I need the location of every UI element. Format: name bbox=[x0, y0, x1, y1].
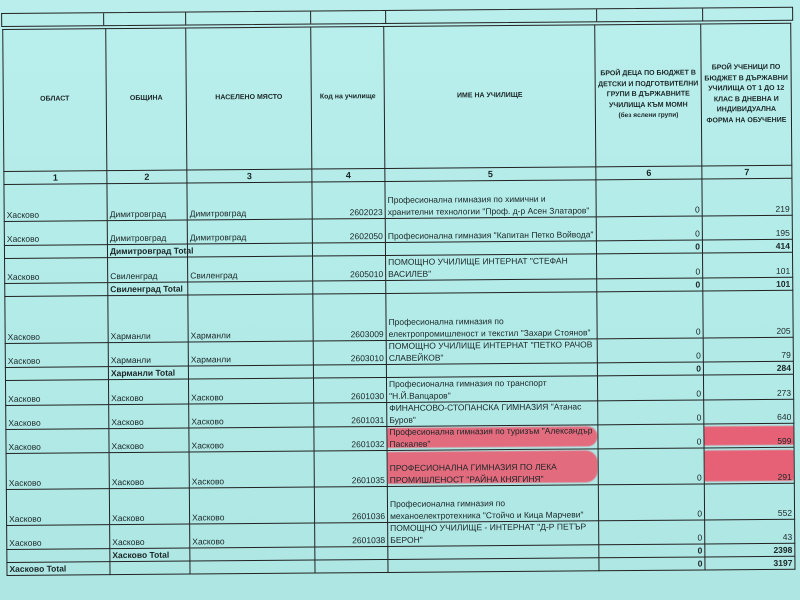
subtotal-children: 0 bbox=[597, 278, 703, 292]
cell-school-code: 2601031 bbox=[314, 402, 387, 427]
cell-region-text: Хасково bbox=[7, 233, 39, 243]
cell-students: 219 bbox=[702, 178, 792, 216]
cell-municipality: Димитровград bbox=[107, 220, 187, 245]
document-sheet: ОБЛАСТ ОБЩИНА НАСЕЛЕНО МЯСТО Код на учил… bbox=[0, 0, 800, 600]
cell-students: 205 bbox=[703, 290, 793, 338]
subtotal-children-text: 0 bbox=[695, 241, 700, 251]
subtotal-label: Хасково Total bbox=[110, 548, 190, 562]
header-settlement: НАСЕЛЕНО МЯСТО bbox=[186, 27, 312, 170]
cell-school-code-text: 2602023 bbox=[350, 207, 383, 217]
col-num-7: 7 bbox=[702, 165, 792, 179]
subtotal-students: 284 bbox=[703, 361, 793, 375]
cell-region: Хасково bbox=[4, 221, 107, 246]
cell-children-text: 0 bbox=[697, 472, 702, 482]
cell-municipality-text: Свиленград bbox=[110, 270, 157, 280]
cell-school-code: 2602023 bbox=[312, 181, 385, 219]
cell-empty bbox=[315, 546, 388, 560]
cell-school-code: 2603010 bbox=[313, 340, 386, 365]
col-num-6: 6 bbox=[596, 166, 702, 180]
cell-region-text: Хасково bbox=[8, 393, 40, 403]
cell-municipality-text: Хасково bbox=[112, 476, 144, 486]
cell-region: Хасково bbox=[5, 380, 108, 406]
cell-municipality: Димитровград bbox=[107, 183, 187, 221]
cell-settlement: Хасково bbox=[189, 451, 314, 488]
cell-municipality-text: Хасково bbox=[111, 440, 143, 450]
cell-region-text: Хасково bbox=[7, 271, 39, 281]
cell-empty bbox=[190, 547, 315, 561]
cell-school-code-text: 2602050 bbox=[350, 231, 383, 241]
subtotal-children: 0 bbox=[599, 544, 705, 558]
subtotal-students-text: 414 bbox=[776, 240, 790, 250]
table-row: ХасковоХасковоХасково2601036Професионалн… bbox=[6, 483, 794, 525]
cell-school-name-text: ПОМОЩНО УЧИЛИЩЕ ИНТЕРНАТ "СТЕФАН ВАСИЛЕВ… bbox=[388, 256, 568, 279]
cell-region: Хасково bbox=[4, 184, 107, 222]
cell-settlement-text: Хасково bbox=[192, 476, 224, 486]
cell-empty bbox=[312, 242, 385, 256]
cell-school-name: Професионална гимназия по туризъм "Алекс… bbox=[387, 425, 598, 451]
cell-settlement: Хасково bbox=[189, 427, 314, 452]
cell-municipality-text: Димитровград bbox=[110, 232, 167, 242]
cell-students-text: 101 bbox=[776, 265, 790, 275]
subtotal-label-text: Свиленград Total bbox=[110, 283, 183, 294]
cell-settlement-text: Свиленград bbox=[190, 270, 237, 280]
cell-school-code-text: 2605010 bbox=[350, 268, 383, 278]
cell-region-text: Хасково bbox=[9, 537, 41, 547]
col-num-2: 2 bbox=[107, 170, 187, 184]
cell-children-text: 0 bbox=[695, 266, 700, 276]
cell-children: 0 bbox=[597, 375, 703, 401]
cell-students-text: 43 bbox=[783, 531, 793, 541]
cell-settlement-text: Хасково bbox=[191, 416, 223, 426]
subtotal-label-text: Хасково Total bbox=[112, 549, 169, 559]
table-row: ХасковоХасковоХасково2601035 ПРОФЕСИОНАЛ… bbox=[6, 447, 794, 489]
cell-empty bbox=[188, 281, 313, 295]
cell-school-code-text: 2601035 bbox=[352, 474, 385, 484]
cell-children: 0 bbox=[596, 216, 702, 241]
subtotal-students: 101 bbox=[703, 277, 793, 291]
cell-region: Хасково bbox=[5, 296, 108, 344]
cell-school-name: ПОМОЩНО УЧИЛИЩЕ ИНТЕРНАТ "СТЕФАН ВАСИЛЕВ… bbox=[386, 254, 597, 281]
cell-municipality: Хасково bbox=[110, 524, 190, 549]
cell-settlement-text: Димитровград bbox=[190, 208, 247, 218]
cell-school-code: 2603009 bbox=[313, 293, 386, 341]
cell-school-name: Професионална гимназия "Капитан Петко Во… bbox=[385, 217, 596, 243]
cell-children: 0 bbox=[596, 179, 702, 217]
cell-settlement: Хасково bbox=[190, 523, 315, 548]
cell-students: 640 bbox=[704, 399, 794, 424]
cell-children: 0 bbox=[598, 400, 704, 425]
cell-school-code: 2601032 bbox=[314, 426, 387, 451]
cell-region: Хасково bbox=[6, 453, 109, 490]
cell-children-text: 0 bbox=[695, 204, 700, 214]
cell-students-text: 219 bbox=[775, 203, 789, 213]
subtotal-children: 0 bbox=[596, 240, 702, 254]
cell-students: 43 bbox=[705, 519, 795, 544]
header-children-subtitle: (без яслени групи) bbox=[618, 112, 678, 119]
cell-municipality: Хасково bbox=[109, 428, 189, 453]
header-school-code: Код на училище bbox=[311, 26, 385, 169]
subtotal-students: 414 bbox=[702, 239, 792, 253]
subtotal-students-text: 101 bbox=[776, 278, 790, 288]
cell-children: 0 bbox=[597, 338, 703, 363]
header-school-name: ИМЕ НА УЧИЛИЩЕ bbox=[384, 25, 596, 169]
cell-settlement-text: Димитровград bbox=[190, 232, 247, 242]
subtotal-children: 0 bbox=[597, 362, 703, 376]
cell-region: Хасково bbox=[7, 525, 110, 550]
subtotal-label-text: Харманли Total bbox=[111, 367, 175, 378]
grand-total-children-text: 0 bbox=[698, 558, 703, 568]
grand-total-children: 0 bbox=[599, 557, 705, 571]
cell-municipality: Хасково bbox=[109, 404, 189, 429]
grand-total-students-text: 3197 bbox=[773, 557, 792, 567]
subtotal-children-text: 0 bbox=[695, 279, 700, 289]
cell-school-name-text: ПРОФЕСИОНАЛНА ГИМНАЗИЯ ПО ЛЕКА ПРОМИШЛЕН… bbox=[390, 462, 557, 485]
cell-region: Хасково bbox=[5, 258, 108, 284]
cell-settlement: Димитровград bbox=[187, 182, 312, 220]
cell-region: Хасково bbox=[6, 489, 109, 526]
subtotal-students-text: 284 bbox=[777, 362, 791, 372]
cell-region-text: Хасково bbox=[9, 513, 41, 523]
subtotal-label-text: Димитровград Total bbox=[110, 245, 194, 256]
cell-school-name: Професионална гимназия по транспорт "Н.Й… bbox=[386, 376, 597, 403]
header-students-count: БРОЙ УЧЕНИЦИ ПО БЮДЖЕТ В ДЪРЖАВНИ УЧИЛИЩ… bbox=[701, 23, 792, 166]
subtotal-children-text: 0 bbox=[696, 363, 701, 373]
cell-children-text: 0 bbox=[697, 412, 702, 422]
cell-students: 552 bbox=[704, 483, 794, 520]
cell-municipality: Харманли bbox=[108, 342, 188, 367]
cell-empty bbox=[188, 365, 313, 379]
cell-students: 599 bbox=[704, 423, 794, 448]
cell-municipality: Хасково bbox=[109, 488, 189, 525]
cell-school-name-text: Професионална гимназия по механоелектрот… bbox=[390, 498, 584, 520]
subtotal-students: 2398 bbox=[705, 543, 795, 557]
cell-empty bbox=[190, 560, 315, 574]
cell-municipality: Хасково bbox=[109, 452, 189, 489]
cell-settlement: Харманли bbox=[188, 294, 313, 342]
cell-school-code-text: 2601032 bbox=[351, 438, 384, 448]
subtotal-label: Харманли Total bbox=[108, 366, 188, 380]
cell-settlement-text: Хасково bbox=[191, 392, 223, 402]
cell-students-text: 205 bbox=[776, 325, 790, 335]
cell-empty bbox=[388, 558, 599, 573]
grand-total-students: 3197 bbox=[705, 556, 795, 570]
cell-students-text: 599 bbox=[777, 435, 791, 445]
grand-total-label-text: Хасково Total bbox=[9, 563, 66, 573]
cell-settlement-text: Харманли bbox=[191, 354, 231, 364]
header-row: ОБЛАСТ ОБЩИНА НАСЕЛЕНО МЯСТО Код на учил… bbox=[3, 23, 792, 171]
cell-settlement: Хасково bbox=[189, 487, 314, 524]
cell-school-name-text: Професионална гимназия по туризъм "Алекс… bbox=[389, 425, 592, 448]
cell-children-text: 0 bbox=[696, 388, 701, 398]
cell-municipality-text: Харманли bbox=[111, 354, 151, 364]
cell-settlement-text: Хасково bbox=[192, 536, 224, 546]
cell-school-code: 2601030 bbox=[313, 377, 386, 403]
cell-empty bbox=[4, 245, 107, 259]
cell-children-text: 0 bbox=[697, 508, 702, 518]
cell-municipality-text: Димитровград bbox=[110, 208, 167, 218]
cell-children: 0 bbox=[598, 484, 704, 521]
cell-region-text: Хасково bbox=[9, 477, 41, 487]
cell-school-code-text: 2601030 bbox=[351, 390, 384, 400]
subtotal-children-text: 0 bbox=[698, 545, 703, 555]
cell-students: 273 bbox=[703, 374, 793, 400]
cell-school-code-text: 2601038 bbox=[352, 534, 385, 544]
cell-empty bbox=[110, 561, 190, 575]
cell-school-name-text: ФИНАНСОВО-СТОПАНСКА ГИМНАЗИЯ "Атанас Бур… bbox=[389, 401, 581, 424]
cell-children-text: 0 bbox=[697, 436, 702, 446]
cell-school-name: ПОМОЩНО УЧИЛИЩЕ - ИНТЕРНАТ "Д-Р ПЕТЪР БЕ… bbox=[388, 521, 599, 547]
cell-school-name: ПРОФЕСИОНАЛНА ГИМНАЗИЯ ПО ЛЕКА ПРОМИШЛЕН… bbox=[387, 449, 598, 487]
cell-region-text: Хасково bbox=[7, 209, 39, 219]
cell-municipality-text: Хасково bbox=[111, 416, 143, 426]
cell-school-name: ФИНАНСОВО-СТОПАНСКА ГИМНАЗИЯ "Атанас Бур… bbox=[387, 401, 598, 427]
cell-settlement: Харманли bbox=[188, 341, 313, 366]
cell-students-text: 552 bbox=[778, 507, 792, 517]
cell-children-text: 0 bbox=[696, 326, 701, 336]
cell-school-name-text: Професионална гимназия по химични и хран… bbox=[388, 194, 590, 217]
cell-school-name-text: Професионална гимназия по електропромишл… bbox=[389, 316, 591, 338]
grand-total-label: Хасково Total bbox=[7, 562, 110, 576]
cell-students: 101 bbox=[703, 252, 793, 278]
header-children-count: БРОЙ ДЕЦА ПО БЮДЖЕТ В ДЕТСКИ И ПОДГОТВИТ… bbox=[595, 24, 702, 167]
cell-students-text: 291 bbox=[778, 471, 792, 481]
cell-empty bbox=[313, 280, 386, 294]
cell-settlement-text: Харманли bbox=[191, 330, 231, 340]
cell-school-code-text: 2603010 bbox=[351, 352, 384, 362]
cell-municipality: Свиленград bbox=[108, 257, 188, 283]
cell-school-code-text: 2603009 bbox=[350, 328, 383, 338]
cell-municipality-text: Хасково bbox=[111, 392, 143, 402]
cell-region: Хасково bbox=[6, 405, 109, 430]
header-children-title: БРОЙ ДЕЦА ПО БЮДЖЕТ В ДЕТСКИ И ПОДГОТВИТ… bbox=[598, 70, 698, 109]
cell-students-text: 195 bbox=[776, 227, 790, 237]
cell-empty bbox=[5, 283, 108, 297]
cell-students-text: 273 bbox=[777, 387, 791, 397]
cell-empty bbox=[315, 559, 388, 573]
subtotal-students-text: 2398 bbox=[773, 544, 792, 554]
cell-municipality-text: Хасково bbox=[112, 512, 144, 522]
cell-region: Хасково bbox=[6, 429, 109, 454]
cell-settlement: Хасково bbox=[188, 378, 313, 404]
cell-school-name: Професионална гимназия по химични и хран… bbox=[385, 180, 596, 219]
cell-students-text: 640 bbox=[777, 411, 791, 421]
col-num-3: 3 bbox=[187, 169, 312, 183]
cell-municipality: Хасково bbox=[108, 379, 188, 405]
cell-settlement: Свиленград bbox=[188, 256, 313, 282]
cell-municipality: Харманли bbox=[108, 295, 188, 343]
cell-empty bbox=[187, 243, 312, 257]
cell-school-code-text: 2601036 bbox=[352, 510, 385, 520]
cell-settlement-text: Хасково bbox=[191, 440, 223, 450]
col-num-1: 1 bbox=[4, 171, 107, 185]
cell-children: 0 bbox=[599, 520, 705, 545]
subtotal-label: Димитровград Total bbox=[107, 244, 187, 258]
cell-school-name-text: ПОМОЩНО УЧИЛИЩЕ - ИНТЕРНАТ "Д-Р ПЕТЪР БЕ… bbox=[390, 521, 586, 544]
cell-school-name: ПОМОЩНО УЧИЛИЩЕ ИНТЕРНАТ "ПЕТКО РАЧОВ СЛ… bbox=[386, 339, 597, 365]
cell-school-code: 2601035 bbox=[314, 450, 387, 487]
cell-empty bbox=[7, 549, 110, 563]
cell-children: 0 bbox=[597, 253, 703, 279]
cell-children-text: 0 bbox=[697, 532, 702, 542]
cell-school-name: Професионална гимназия по електропромишл… bbox=[386, 292, 597, 341]
cell-region-text: Хасково bbox=[8, 441, 40, 451]
cell-region-text: Хасково bbox=[8, 417, 40, 427]
cell-students: 291 bbox=[704, 447, 794, 484]
cell-students-text: 79 bbox=[781, 349, 791, 359]
header-municipality: ОБЩИНА bbox=[106, 28, 187, 171]
cell-children-text: 0 bbox=[695, 228, 700, 238]
cell-municipality-text: Харманли bbox=[111, 330, 151, 340]
cell-municipality-text: Хасково bbox=[112, 536, 144, 546]
cell-students: 79 bbox=[703, 337, 793, 362]
cell-school-name-text: ПОМОЩНО УЧИЛИЩЕ ИНТЕРНАТ "ПЕТКО РАЧОВ СЛ… bbox=[389, 339, 593, 362]
cell-region-text: Хасково bbox=[8, 355, 40, 365]
cell-school-code: 2601036 bbox=[314, 486, 387, 523]
cell-school-code: 2602050 bbox=[312, 218, 385, 243]
cell-empty bbox=[5, 367, 108, 381]
cell-school-code: 2601038 bbox=[315, 522, 388, 547]
subtotal-label: Свиленград Total bbox=[108, 282, 188, 296]
cell-region: Хасково bbox=[5, 343, 108, 368]
cell-school-name: Професионална гимназия по механоелектрот… bbox=[387, 485, 598, 523]
cell-students: 195 bbox=[702, 215, 792, 240]
table-body: ХасковоДимитровградДимитровград2602023Пр… bbox=[4, 178, 795, 575]
cell-school-code-text: 2601031 bbox=[351, 414, 384, 424]
table-row: ХасковоХарманлиХарманли2603009Професиона… bbox=[5, 290, 793, 343]
cell-children: 0 bbox=[598, 424, 704, 449]
cell-empty bbox=[313, 364, 386, 378]
cell-region-text: Хасково bbox=[8, 331, 40, 341]
cell-school-name-text: Професионална гимназия по транспорт "Н.Й… bbox=[389, 378, 547, 401]
table-row: ХасковоДимитровградДимитровград2602023Пр… bbox=[4, 178, 792, 221]
cell-settlement: Димитровград bbox=[187, 219, 312, 244]
cell-school-code: 2605010 bbox=[313, 255, 386, 281]
cell-school-name-text: Професионална гимназия "Капитан Петко Во… bbox=[388, 229, 594, 241]
cell-settlement-text: Хасково bbox=[192, 512, 224, 522]
cell-settlement: Хасково bbox=[189, 403, 314, 428]
cell-children: 0 bbox=[597, 291, 703, 339]
col-num-4: 4 bbox=[312, 168, 385, 182]
schools-table: ОБЛАСТ ОБЩИНА НАСЕЛЕНО МЯСТО Код на учил… bbox=[2, 23, 795, 576]
header-region: ОБЛАСТ bbox=[3, 29, 107, 172]
cell-children-text: 0 bbox=[696, 350, 701, 360]
cell-children: 0 bbox=[598, 448, 704, 485]
